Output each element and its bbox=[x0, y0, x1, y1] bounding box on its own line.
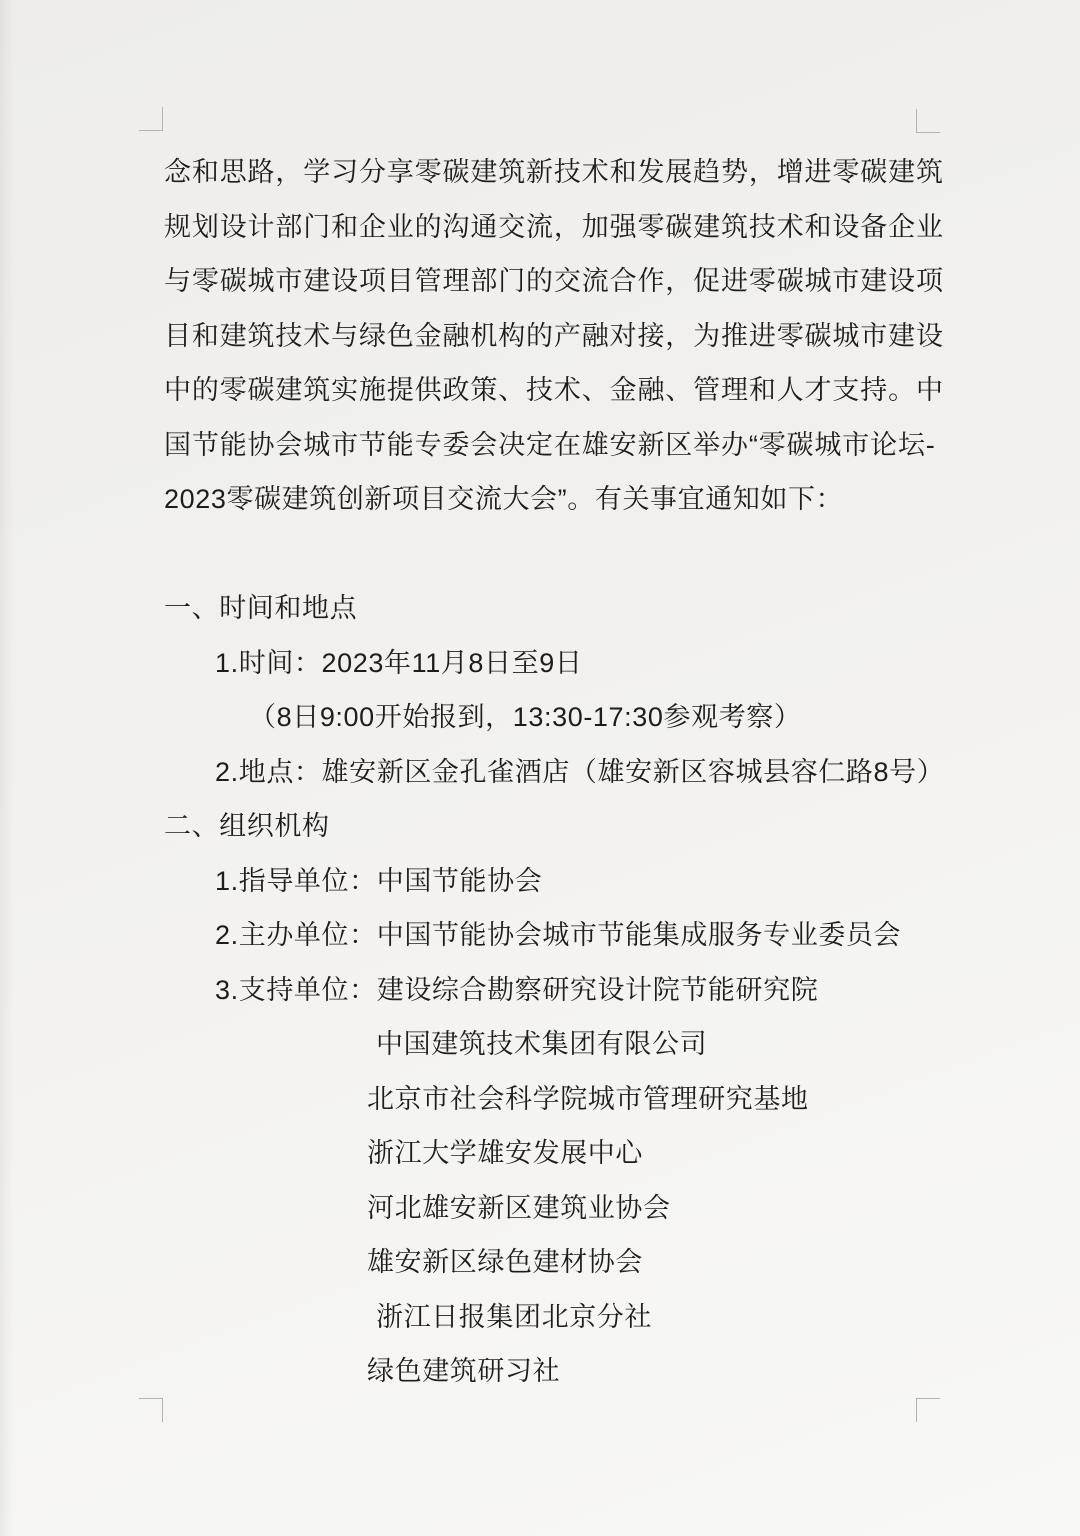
supporting-unit-6: 浙江日报集团北京分社 bbox=[376, 1290, 936, 1345]
supporting-unit-3: 浙江大学雄安发展中心 bbox=[367, 1126, 936, 1181]
document-page: 念和思路，学习分享零碳建筑新技术和发展趋势，增进零碳建筑 规划设计部门和企业的沟… bbox=[0, 0, 1080, 1536]
section-2-item-supporting-unit: 3.支持单位：建设综合勘察研究设计院节能研究院 bbox=[215, 963, 936, 1018]
paragraph-line-5: 中的零碳建筑实施提供政策、技术、金融、管理和人才支持。中 bbox=[164, 363, 936, 418]
supporting-unit-5: 雄安新区绿色建材协会 bbox=[367, 1235, 936, 1290]
document-body: 念和思路，学习分享零碳建筑新技术和发展趋势，增进零碳建筑 规划设计部门和企业的沟… bbox=[164, 145, 936, 1399]
margin-corner-mark-bottom-right bbox=[916, 1398, 940, 1422]
paragraph-line-7: 2023零碳建筑创新项目交流大会”。有关事宜通知如下： bbox=[164, 472, 936, 527]
blank-line bbox=[164, 527, 936, 582]
supporting-unit-2: 北京市社会科学院城市管理研究基地 bbox=[367, 1072, 936, 1127]
paragraph-line-3: 与零碳城市建设项目管理部门的交流合作，促进零碳城市建设项 bbox=[164, 254, 936, 309]
margin-corner-mark-bottom-left bbox=[139, 1398, 163, 1422]
section-2-heading: 二、组织机构 bbox=[164, 799, 936, 854]
section-1-item-location: 2.地点：雄安新区金孔雀酒店（雄安新区容城县容仁路8号） bbox=[215, 745, 936, 800]
margin-corner-mark-top-right bbox=[916, 109, 940, 133]
margin-corner-mark-top-left bbox=[139, 107, 163, 131]
section-1-item-time-note: （8日9:00开始报到，13:30-17:30参观考察） bbox=[249, 690, 936, 745]
supporting-unit-7: 绿色建筑研习社 bbox=[367, 1344, 936, 1399]
section-2-item-host-unit: 2.主办单位：中国节能协会城市节能集成服务专业委员会 bbox=[215, 908, 936, 963]
section-2-item-guiding-unit: 1.指导单位：中国节能协会 bbox=[215, 854, 936, 909]
paragraph-line-2: 规划设计部门和企业的沟通交流，加强零碳建筑技术和设备企业 bbox=[164, 200, 936, 255]
paragraph-line-6: 国节能协会城市节能专委会决定在雄安新区举办“零碳城市论坛- bbox=[164, 418, 936, 473]
paragraph-line-4: 目和建筑技术与绿色金融机构的产融对接，为推进零碳城市建设 bbox=[164, 309, 936, 364]
supporting-unit-1: 中国建筑技术集团有限公司 bbox=[376, 1017, 936, 1072]
paragraph-line-1: 念和思路，学习分享零碳建筑新技术和发展趋势，增进零碳建筑 bbox=[164, 145, 936, 200]
supporting-unit-4: 河北雄安新区建筑业协会 bbox=[367, 1181, 936, 1236]
section-1-heading: 一、时间和地点 bbox=[164, 581, 936, 636]
section-1-item-time: 1.时间：2023年11月8日至9日 bbox=[215, 636, 936, 691]
